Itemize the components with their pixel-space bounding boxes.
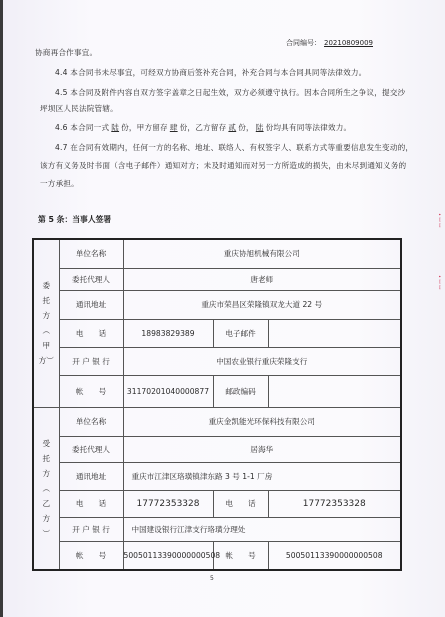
clause-4-5-line1: 4.5 本合同及附件内容自双方签字盖章之日起生效，双方必须遵守执行。因本合同所生… <box>55 87 405 98</box>
table-row: 通讯地址 重庆市江津区珞璜镇津东路 3 号 1-1 厂房 <box>33 462 401 490</box>
document-page: 合同编号：20210809009 协商再合作事宜。 4.4 本合同书未尽事宜，可… <box>3 0 445 617</box>
party-b-side-label: 受托方︵乙方︶ <box>33 407 59 570</box>
copies-party-a: 肆 <box>168 123 180 132</box>
party-a-name-value: 重庆协旭机械有限公司 <box>123 239 401 268</box>
contract-number-label: 合同编号： <box>286 39 321 47</box>
party-a-name-label: 单位名称 <box>59 239 123 268</box>
table-row: 开 户 银 行 中国建设银行江津支行珞璜分理处 <box>33 517 401 541</box>
party-a-postcode-value <box>268 375 401 407</box>
party-a-email-value <box>268 319 401 347</box>
contract-number: 合同编号：20210809009 <box>286 38 373 48</box>
clause-line-0: 协商再合作事宜。 <box>35 47 97 58</box>
clause-4-7-line2: 该方有义务及时书面（含电子邮件）通知对方；未及时通知而对另一方所造成的损失，由未… <box>40 160 406 171</box>
party-a-side-label: 委托方︵甲方︶ <box>33 239 59 407</box>
party-b-name-value: 重庆金凯能光环保科技有限公司 <box>123 407 401 436</box>
clause-4-7-line3: 一方承担。 <box>40 178 79 189</box>
table-row: 委托方︵甲方︶ 单位名称 重庆协旭机械有限公司 <box>33 239 401 268</box>
red-stamp-mark: • ꟷ ꟷ <box>436 275 442 289</box>
copies-all: 陆 <box>254 123 266 132</box>
party-a-agent-label: 委托代理人 <box>59 268 123 290</box>
party-a-email-label: 电子邮件 <box>213 319 268 347</box>
clause-4-6: 4.6 本合同一式陆份，甲方留存肆份，乙方留存贰份，陆份均具有同等法律效力。 <box>55 122 351 133</box>
section-title: 第 5 条：当事人签署 <box>38 214 111 225</box>
table-row: 通讯地址 重庆市荣昌区荣隆镇双龙大道 22 号 <box>33 290 401 319</box>
clause-4-7-line1: 4.7 在合同有效期内，任何一方的名称、地址、联络人、有权签字人、联系方式等重要… <box>55 142 413 153</box>
party-b-address-value: 重庆市江津区珞璜镇津东路 3 号 1-1 厂房 <box>123 462 401 490</box>
party-a-postcode-label: 邮政编码 <box>213 375 268 407</box>
party-a-phone-label: 电 话 <box>59 319 123 347</box>
party-b-phone-label: 电 话 <box>59 490 123 517</box>
copies-total: 陆 <box>109 123 121 132</box>
party-a-phone-value: 18983829389 <box>123 319 213 347</box>
party-a-bank-label: 开 户 银 行 <box>59 347 123 375</box>
signature-table: 委托方︵甲方︶ 单位名称 重庆协旭机械有限公司 委托代理人 唐老师 通讯地址 重… <box>32 238 402 571</box>
party-b-phone-value: 17772353328 <box>123 490 213 517</box>
party-b-bank-label: 开 户 银 行 <box>59 517 123 541</box>
table-row: 委托代理人 居海华 <box>33 436 401 462</box>
table-row: 受托方︵乙方︶ 单位名称 重庆金凯能光环保科技有限公司 <box>33 407 401 436</box>
party-b-account-value: 50050113390000000508 <box>123 541 213 570</box>
table-row: 电 话 17772353328 电 话 17772353328 <box>33 490 401 517</box>
party-a-agent-value: 唐老师 <box>123 268 401 290</box>
party-b-account2-value: 50050113390000000508 <box>268 541 401 570</box>
table-row: 委托代理人 唐老师 <box>33 268 401 290</box>
party-b-address-label: 通讯地址 <box>59 462 123 490</box>
party-b-account-label: 帐 号 <box>59 541 123 570</box>
party-a-bank-value: 中国农业银行重庆荣隆支行 <box>123 347 401 375</box>
party-a-address-label: 通讯地址 <box>59 290 123 319</box>
clause-4-4: 4.4 本合同书未尽事宜，可经双方协商后签补充合同，补充合同与本合同具同等法律效… <box>55 67 366 78</box>
contract-number-value: 20210809009 <box>324 39 373 47</box>
party-b-agent-value: 居海华 <box>123 436 401 462</box>
party-a-address-value: 重庆市荣昌区荣隆镇双龙大道 22 号 <box>123 290 401 319</box>
party-b-phone2-label: 电 话 <box>213 490 268 517</box>
copies-party-b: 贰 <box>226 123 238 132</box>
party-b-name-label: 单位名称 <box>59 407 123 436</box>
table-row: 开 户 银 行 中国农业银行重庆荣隆支行 <box>33 347 401 375</box>
party-b-bank-value: 中国建设银行江津支行珞璜分理处 <box>123 517 401 541</box>
page-number: 5 <box>210 575 214 582</box>
table-row: 帐 号 50050113390000000508 帐 号 50050113390… <box>33 541 401 570</box>
party-a-account-label: 帐 号 <box>59 375 123 407</box>
clause-4-5-line2: 坪坝区人民法院管辖。 <box>40 103 118 114</box>
table-row: 电 话 18983829389 电子邮件 <box>33 319 401 347</box>
table-row: 帐 号 31170201040000877 邮政编码 <box>33 375 401 407</box>
party-b-account2-label: 帐 号 <box>213 541 268 570</box>
party-b-phone2-value: 17772353328 <box>268 490 401 517</box>
red-stamp-mark: • ꟷ ꟷ <box>436 213 442 227</box>
party-b-agent-label: 委托代理人 <box>59 436 123 462</box>
party-a-account-value: 31170201040000877 <box>123 375 213 407</box>
